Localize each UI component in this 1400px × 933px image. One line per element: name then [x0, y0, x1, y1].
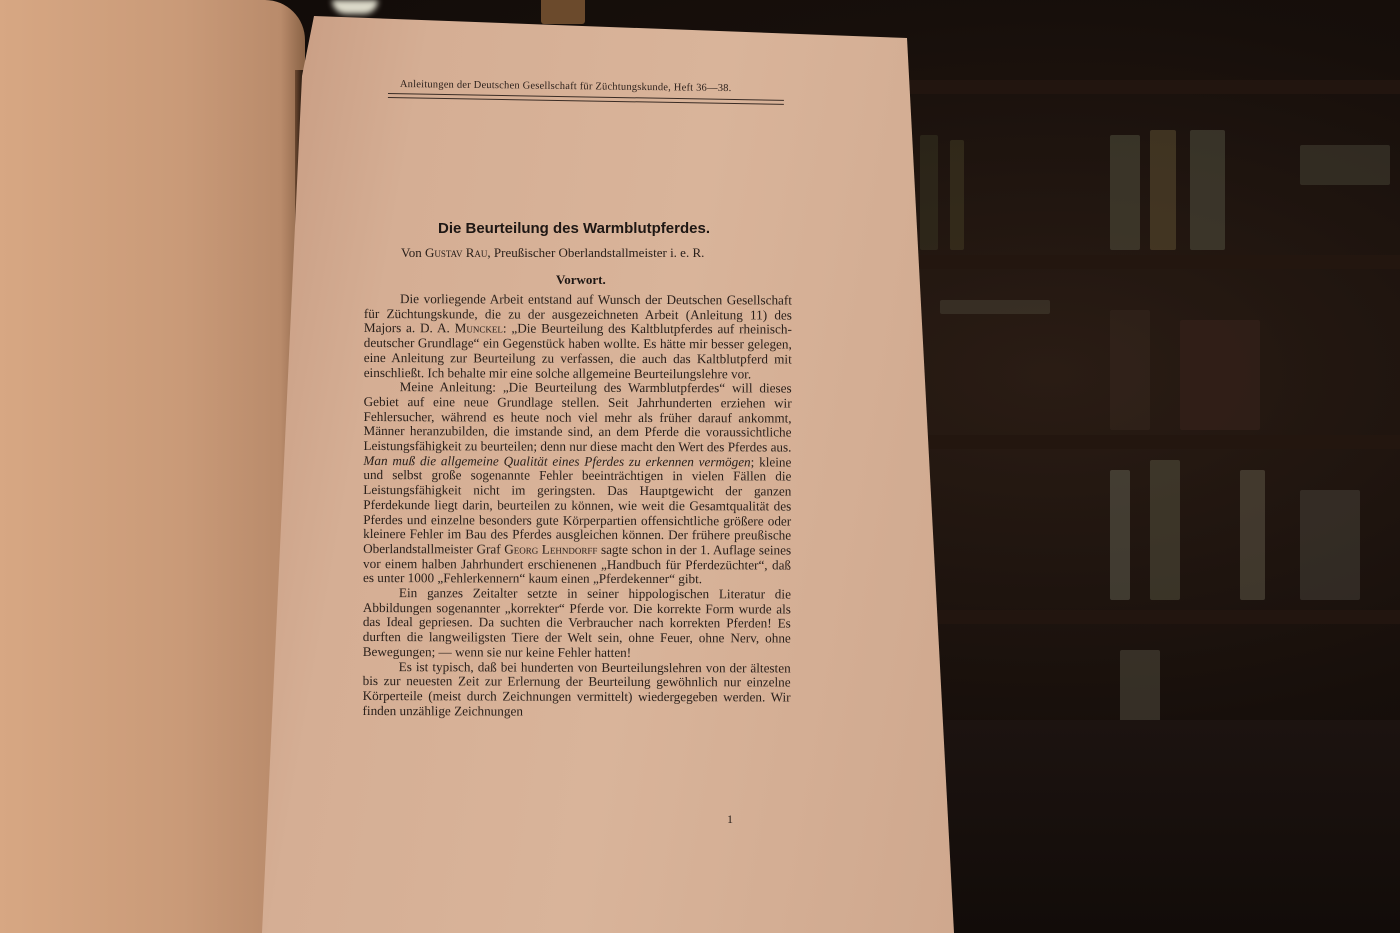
ceiling-lamp — [332, 0, 378, 14]
page-number: 1 — [727, 812, 733, 827]
paragraph: Meine Anleitung: „Die Beurteilung des Wa… — [363, 380, 792, 587]
paragraph: Ein ganzes Zeitalter setzte in seiner hi… — [363, 586, 791, 661]
text-segment: Es ist typisch, daß bei hunderten von Be… — [363, 659, 791, 719]
left-blank-page — [0, 0, 305, 933]
byline: Von Gustav Rau, Preußischer Oberlandstal… — [401, 245, 704, 261]
author-name-smallcaps: Munckel — [455, 321, 503, 336]
desk-surface — [900, 720, 1400, 933]
book-stand — [541, 0, 585, 24]
section-heading: Vorwort. — [556, 272, 606, 288]
byline-suffix: , Preußischer Oberlandstallmeister i. e.… — [487, 245, 704, 260]
body-text: Die vorliegende Arbeit entstand auf Wuns… — [363, 292, 792, 720]
italic-emphasis: Man muß die allgemeine Qualität eines Pf… — [363, 453, 750, 469]
byline-prefix: Von — [401, 245, 422, 260]
paragraph: Es ist typisch, daß bei hunderten von Be… — [363, 660, 791, 720]
text-segment: Ein ganzes Zeitalter setzte in seiner hi… — [363, 585, 791, 660]
text-segment: Meine Anleitung: „Die Beurteilung des Wa… — [363, 379, 791, 454]
paragraph: Die vorliegende Arbeit entstand auf Wuns… — [364, 292, 792, 382]
article-title: Die Beurteilung des Warmblutpferdes. — [438, 220, 710, 237]
author-name-smallcaps: Georg Lehndorff — [504, 541, 597, 556]
byline-author: Gustav Rau — [425, 245, 487, 260]
